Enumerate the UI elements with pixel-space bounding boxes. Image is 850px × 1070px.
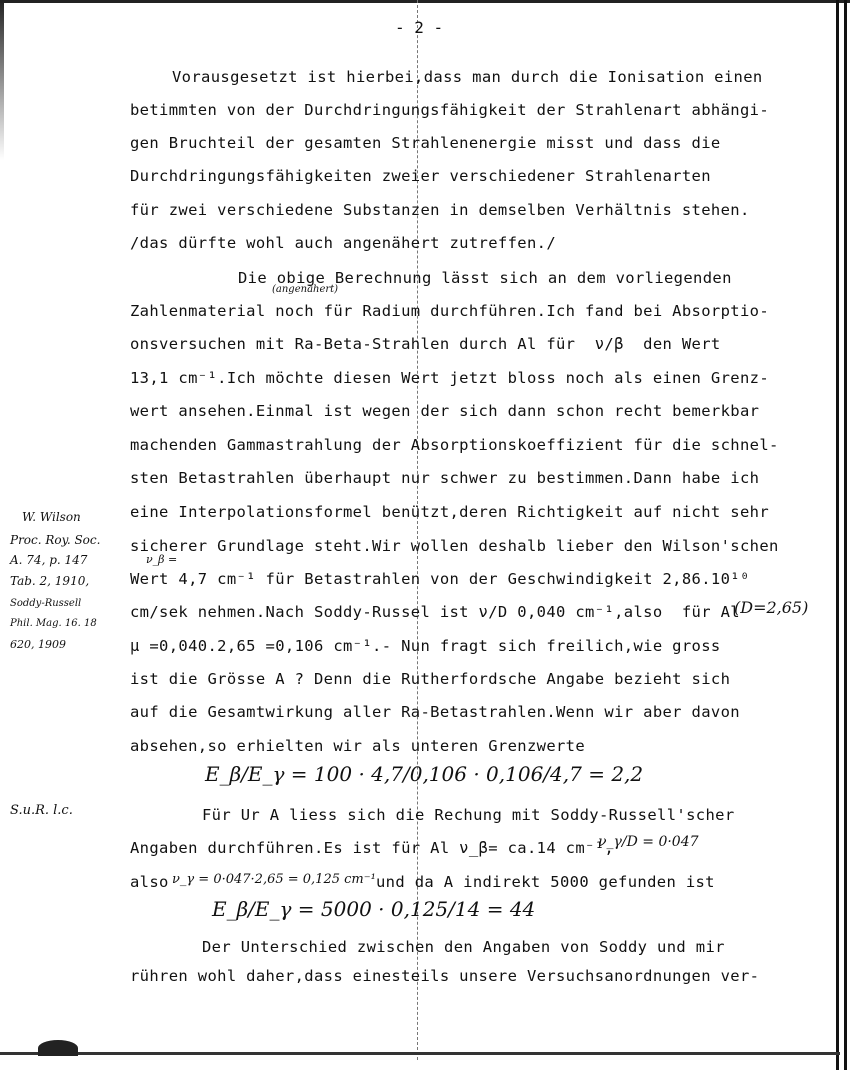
- handwritten-insert: ν_β =: [146, 553, 177, 566]
- margin-note: 620, 1909: [10, 638, 66, 651]
- scan-border-top: [0, 0, 850, 3]
- handwritten-formula: E_β/E_γ = 100 · 4,7/0,106 · 0,106/4,7 = …: [205, 762, 643, 786]
- text-line: gen Bruchteil der gesamten Strahlenenerg…: [130, 133, 721, 153]
- text-line: wert ansehen.Einmal ist wegen der sich d…: [130, 401, 759, 421]
- scan-border-left: [0, 0, 4, 160]
- text-line: Vorausgesetzt ist hierbei,dass man durch…: [172, 67, 763, 87]
- text-line: Wert 4,7 cm⁻¹ für Betastrahlen von der G…: [130, 569, 750, 589]
- text-line: /das dürfte wohl auch angenähert zutreff…: [130, 233, 556, 253]
- handwritten-formula: E_β/E_γ = 5000 · 0,125/14 = 44: [212, 897, 535, 921]
- text-line: 13,1 cm⁻¹.Ich möchte diesen Wert jetzt b…: [130, 368, 769, 388]
- margin-note: S.u.R. l.c.: [10, 803, 73, 818]
- text-line: sten Betastrahlen überhaupt nur schwer z…: [130, 468, 759, 488]
- text-line: Der Unterschied zwischen den Angaben von…: [202, 937, 725, 957]
- text-line: ist die Grösse A ? Denn die Rutherfordsc…: [130, 669, 730, 689]
- margin-note: W. Wilson: [22, 510, 81, 524]
- text-line: für zwei verschiedene Substanzen in dems…: [130, 200, 750, 220]
- text-line: Durchdringungsfähigkeiten zweier verschi…: [130, 166, 711, 186]
- ink-smudge: [38, 1040, 78, 1056]
- margin-note: Tab. 2, 1910,: [10, 574, 89, 588]
- handwritten-insert: (angenähert): [272, 284, 338, 295]
- text-line: Zahlenmaterial noch für Radium durchführ…: [130, 301, 769, 321]
- text-line: betimmten von der Durchdringungsfähigkei…: [130, 100, 769, 120]
- scan-border-bottom: [0, 1052, 840, 1055]
- document-page: - 2 - Vorausgesetzt ist hierbei,dass man…: [0, 0, 850, 1070]
- text-line: sicherer Grundlage steht.Wir wollen desh…: [130, 536, 779, 556]
- margin-note: Phil. Mag. 16. 18: [10, 618, 97, 629]
- text-line: machenden Gammastrahlung der Absorptions…: [130, 435, 779, 455]
- handwritten-insert: (D=2,65): [734, 598, 808, 617]
- text-line: cm/sek nehmen.Nach Soddy-Russel ist ν/D …: [130, 602, 740, 622]
- margin-note: A. 74, p. 147: [10, 553, 87, 567]
- text-line: eine Interpolationsformel benützt,deren …: [130, 502, 769, 522]
- text-line: und da A indirekt 5000 gefunden ist: [376, 872, 715, 892]
- text-line: μ =0,040.2,65 =0,106 cm⁻¹.- Nun fragt si…: [130, 636, 721, 656]
- text-line: Für Ur A liess sich die Rechung mit Sodd…: [202, 805, 735, 825]
- margin-note: Soddy-Russell: [10, 598, 81, 609]
- page-number: - 2 -: [395, 18, 443, 37]
- margin-note: Proc. Roy. Soc.: [10, 533, 100, 547]
- text-line: auf die Gesamtwirkung aller Ra-Betastrah…: [130, 702, 740, 722]
- text-line: rühren wohl daher,dass einesteils unsere…: [130, 966, 759, 986]
- scan-border-right: [836, 0, 839, 1070]
- handwritten-insert: ν_γ = 0·047·2,65 = 0,125 cm⁻¹: [172, 872, 376, 887]
- text-line: absehen,so erhielten wir als unteren Gre…: [130, 736, 585, 756]
- text-line: Angaben durchführen.Es ist für Al ν_β= c…: [130, 838, 614, 858]
- scan-border-right-outer: [844, 0, 847, 1070]
- text-line: onsversuchen mit Ra-Beta-Strahlen durch …: [130, 334, 721, 354]
- handwritten-insert: ν_γ/D = 0·047: [598, 834, 699, 850]
